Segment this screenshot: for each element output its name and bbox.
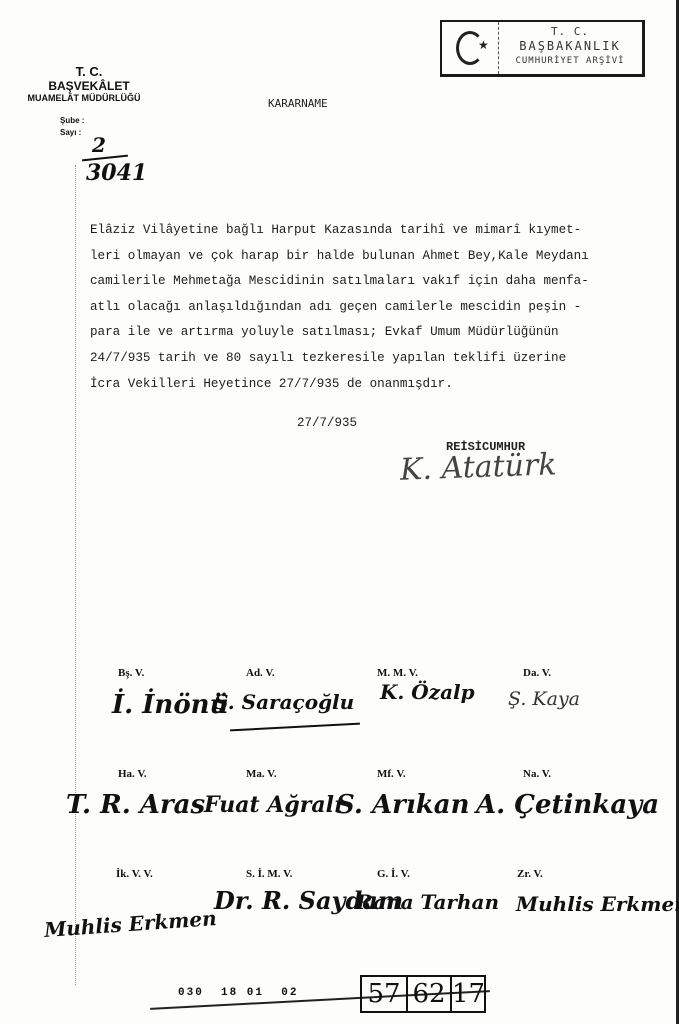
stamp-line-1: T. C.: [502, 24, 638, 39]
minister-label: Mf. V.: [377, 768, 406, 780]
letterhead-office: BAŞVEKÂLET: [24, 79, 154, 93]
handwritten-sube: 2: [92, 133, 106, 157]
minister-label: İk. V. V.: [116, 868, 153, 880]
letterhead: T. C. BAŞVEKÂLET MUAMELÂT MÜDÜRLÜĞÜ: [24, 64, 154, 103]
minister-signature: İ. İnönü: [112, 690, 228, 720]
minister-label: Ma. V.: [246, 768, 276, 780]
minister-signature: Muhlis Erkmen: [43, 906, 217, 942]
body-line: atlı olacağı anlaşıldığından adı geçen c…: [90, 295, 660, 321]
sube-label: Şube :: [60, 116, 84, 125]
minister-signature: Ş. Saraçoğlu: [214, 690, 354, 714]
sayi-label: Sayı :: [60, 128, 81, 137]
minister-label: G. İ. V.: [377, 868, 410, 880]
letterhead-tc: T. C.: [24, 64, 154, 79]
minister-label: S. İ. M. V.: [246, 868, 292, 880]
minister-label: Ha. V.: [118, 768, 147, 780]
minister-signature: T. R. Aras: [66, 790, 205, 820]
handwritten-sayi: 3041: [86, 160, 147, 186]
minister-label: Ad. V.: [246, 667, 275, 679]
body-line: para ile ve artırma yoluyle satılması; E…: [90, 320, 660, 346]
minister-label: Zr. V.: [517, 868, 543, 880]
body-line: leri olmayan ve çok harap bir halde bulu…: [90, 244, 660, 270]
document-page: ★ T. C. BAŞBAKANLIK CUMHURİYET ARŞİVİ T.…: [0, 0, 679, 1024]
archive-number-strip: 030 18 01 02 57 62 17: [150, 975, 485, 1013]
minister-signature: K. Özalp: [380, 680, 475, 704]
minister-signature: S. Arıkan: [336, 790, 469, 820]
archive-box-3: 17: [450, 975, 486, 1013]
star-icon: ★: [478, 38, 489, 53]
stamp-line-3: CUMHURİYET ARŞİVİ: [502, 54, 638, 69]
president-signature: K. Atatürk: [399, 447, 557, 487]
archive-box-1: 57: [360, 975, 408, 1013]
archive-stamp: ★ T. C. BAŞBAKANLIK CUMHURİYET ARŞİVİ: [440, 20, 645, 77]
minister-signature: A. Çetinkaya: [476, 790, 659, 820]
signature-underline: [230, 723, 360, 732]
document-title: KARARNAME: [268, 97, 328, 110]
body-line: 24/7/935 tarih ve 80 sayılı tezkeresile …: [90, 346, 660, 372]
stamp-emblem: ★: [442, 22, 499, 74]
decree-date: 27/7/935: [297, 416, 357, 430]
body-line: Elâziz Vilâyetine bağlı Harput Kazasında…: [90, 218, 660, 244]
minister-signature: Fuat Ağralı: [204, 792, 342, 818]
minister-signature: Rana Tarhan: [356, 890, 499, 914]
minister-label: Bş. V.: [118, 667, 144, 679]
body-line: camilerile Mehmetağa Mescidinin satılmal…: [90, 269, 660, 295]
margin-line: [75, 165, 77, 985]
minister-label: Na. V.: [523, 768, 551, 780]
minister-signature: Ş. Kaya: [508, 688, 580, 710]
archive-box-2: 62: [406, 975, 452, 1013]
minister-signature: Muhlis Erkmen: [516, 892, 679, 916]
archive-number-prefix: 030 18 01 02: [178, 987, 298, 999]
stamp-line-2: BAŞBAKANLIK: [502, 39, 638, 54]
decree-body: Elâziz Vilâyetine bağlı Harput Kazasında…: [90, 218, 660, 397]
minister-label: Da. V.: [523, 667, 551, 679]
letterhead-department: MUAMELÂT MÜDÜRLÜĞÜ: [14, 93, 154, 103]
body-line: İcra Vekilleri Heyetince 27/7/935 de ona…: [90, 372, 660, 398]
minister-label: M. M. V.: [377, 667, 418, 679]
